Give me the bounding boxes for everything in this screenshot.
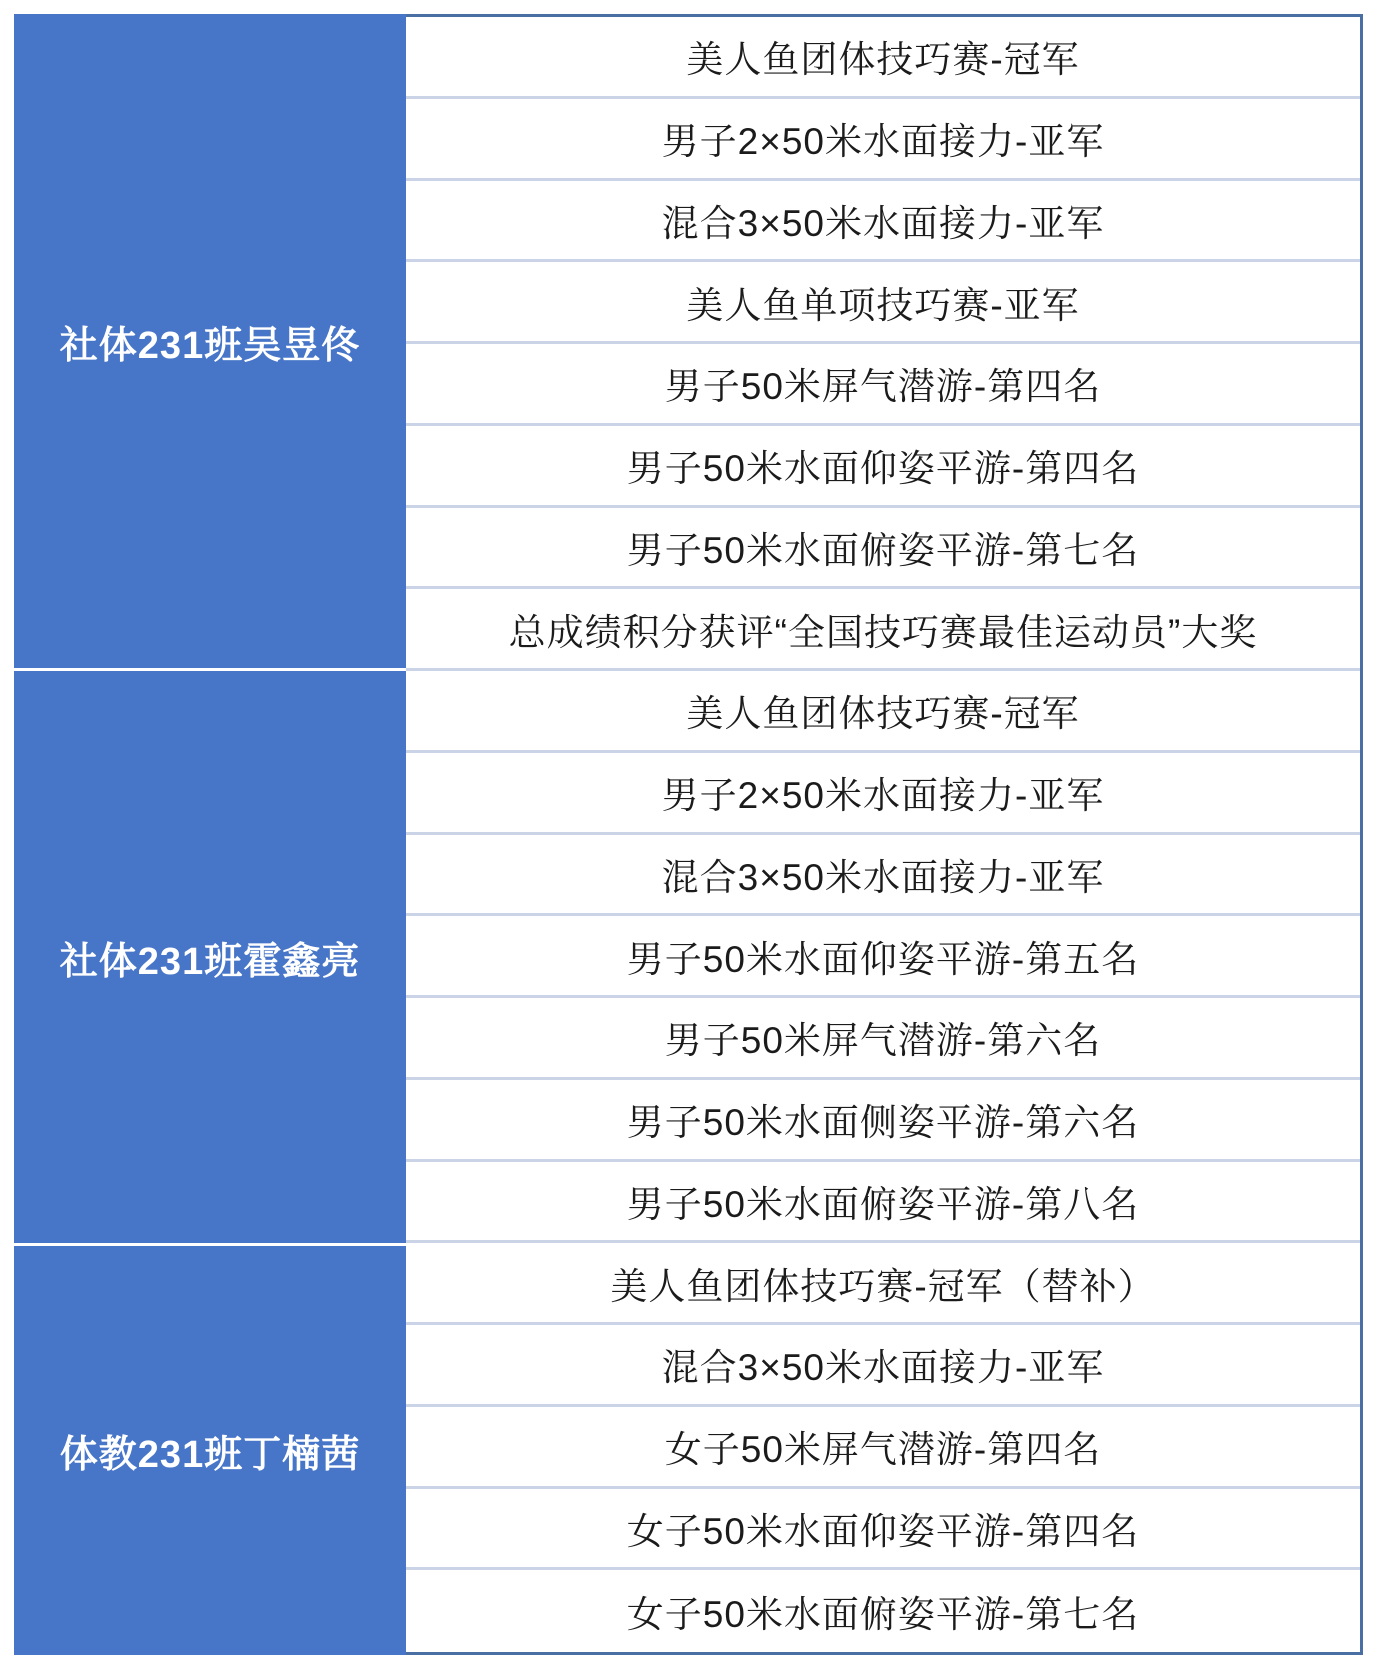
achievement-cell: 女子50米屏气潜游-第四名 <box>406 1407 1360 1489</box>
student-name-cell: 社体231班吴昱佟 <box>14 14 406 671</box>
awards-table: 社体231班吴昱佟社体231班霍鑫亮体教231班丁楠茜 美人鱼团体技巧赛-冠军男… <box>14 14 1363 1655</box>
achievement-cell: 混合3×50米水面接力-亚军 <box>406 181 1360 263</box>
achievement-cell: 美人鱼团体技巧赛-冠军 <box>406 17 1360 99</box>
achievement-cell: 总成绩积分获评“全国技巧赛最佳运动员”大奖 <box>406 589 1360 671</box>
name-column: 社体231班吴昱佟社体231班霍鑫亮体教231班丁楠茜 <box>14 14 406 1655</box>
achievement-cell: 男子2×50米水面接力-亚军 <box>406 99 1360 181</box>
student-name-cell: 体教231班丁楠茜 <box>14 1246 406 1655</box>
achievement-cell: 男子2×50米水面接力-亚军 <box>406 753 1360 835</box>
achievement-cell: 美人鱼团体技巧赛-冠军（替补） <box>406 1243 1360 1325</box>
achievement-cell: 美人鱼单项技巧赛-亚军 <box>406 262 1360 344</box>
achievement-cell: 男子50米水面俯姿平游-第八名 <box>406 1162 1360 1244</box>
achievement-cell: 女子50米水面仰姿平游-第四名 <box>406 1489 1360 1571</box>
achievement-cell: 男子50米水面仰姿平游-第五名 <box>406 916 1360 998</box>
achievement-column: 美人鱼团体技巧赛-冠军男子2×50米水面接力-亚军混合3×50米水面接力-亚军美… <box>406 14 1363 1655</box>
achievement-cell: 男子50米水面仰姿平游-第四名 <box>406 426 1360 508</box>
achievement-cell: 美人鱼团体技巧赛-冠军 <box>406 671 1360 753</box>
achievement-cell: 男子50米水面俯姿平游-第七名 <box>406 508 1360 590</box>
achievement-cell: 男子50米屏气潜游-第六名 <box>406 998 1360 1080</box>
achievement-cell: 男子50米水面侧姿平游-第六名 <box>406 1080 1360 1162</box>
achievement-cell: 男子50米屏气潜游-第四名 <box>406 344 1360 426</box>
achievement-cell: 混合3×50米水面接力-亚军 <box>406 1325 1360 1407</box>
achievement-cell: 女子50米水面俯姿平游-第七名 <box>406 1570 1360 1652</box>
achievement-cell: 混合3×50米水面接力-亚军 <box>406 835 1360 917</box>
student-name-cell: 社体231班霍鑫亮 <box>14 671 406 1246</box>
